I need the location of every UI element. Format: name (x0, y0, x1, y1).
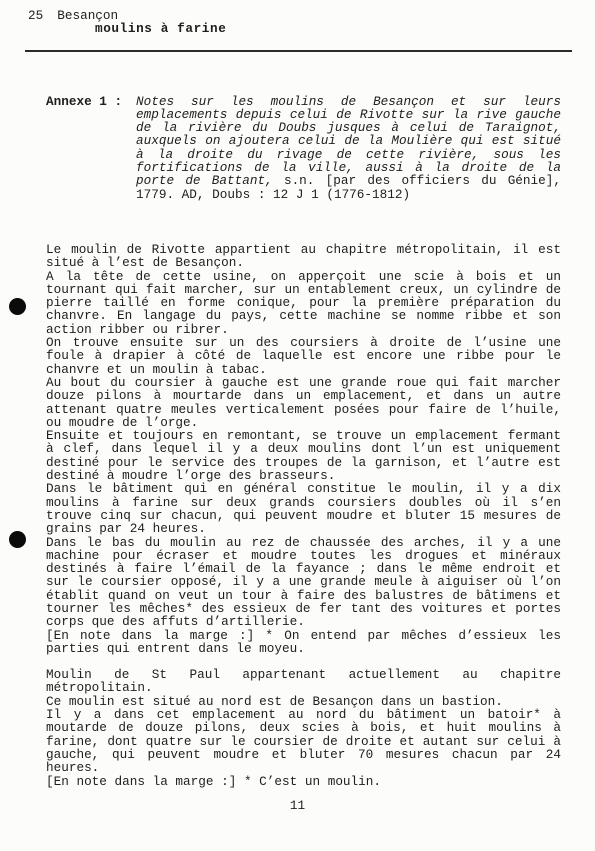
header-divider (25, 50, 572, 52)
paragraph: Le moulin de Rivotte appartient au chapi… (46, 243, 561, 270)
header-line: moulins à farine (28, 22, 595, 35)
margin-bullet-icon (9, 298, 26, 315)
header-line: 25Besançon (28, 9, 595, 22)
paragraph: Dans le bâtiment qui en général constitu… (46, 482, 561, 535)
paragraph: Dans le bas du moulin au rez de chaussée… (46, 536, 561, 629)
page-footer: 11 (0, 799, 595, 812)
annexe-block: Annexe 1 : Notes sur les moulins de Besa… (0, 95, 595, 201)
section-moulin-rivotte: Le moulin de Rivotte appartient au chapi… (46, 243, 561, 655)
paragraph: Au bout du coursier à gauche est une gra… (46, 376, 561, 429)
paragraph-margin-note: [En note dans la marge :] * C’est un mou… (46, 775, 561, 788)
page-header: 25Besançon moulins à farine (0, 0, 595, 36)
margin-bullet-icon (9, 531, 26, 548)
annexe-label: Annexe 1 : (46, 95, 136, 201)
annexe-text: Notes sur les moulins de Besançon et sur… (136, 95, 561, 201)
paragraph: Ensuite et toujours en remontant, se tro… (46, 429, 561, 482)
catalog-number: 25 (28, 8, 43, 23)
paragraph-margin-note: [En note dans la marge :] * On entend pa… (46, 629, 561, 656)
paragraph: A la tête de cette usine, on apperçoit u… (46, 270, 561, 336)
paragraph: Moulin de St Paul appartenant actuelleme… (46, 668, 561, 695)
page-number: 11 (290, 798, 305, 813)
subject-title: moulins à farine (95, 21, 226, 36)
paragraph: Ce moulin est situé au nord est de Besan… (46, 695, 561, 708)
document-page: 25Besançon moulins à farine Annexe 1 : N… (0, 0, 595, 851)
paragraph: Il y a dans cet emplacement au nord du b… (46, 708, 561, 774)
paragraph: On trouve ensuite sur un des coursiers à… (46, 336, 561, 376)
section-moulin-st-paul: Moulin de St Paul appartenant actuelleme… (46, 668, 561, 788)
main-text: Le moulin de Rivotte appartient au chapi… (0, 243, 595, 788)
